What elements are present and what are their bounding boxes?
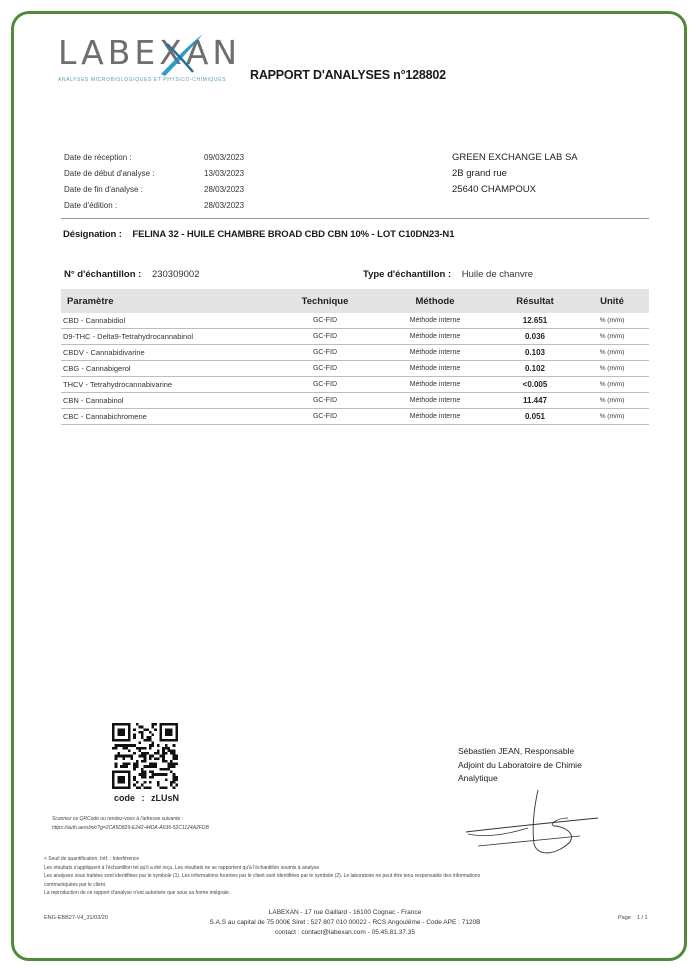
footer-contact: contact : contact@labexan.com - 05.45.81… bbox=[160, 928, 530, 938]
cell-technique: GC-FID bbox=[275, 409, 375, 425]
signatory: Sébastien JEAN, Responsable Adjoint du L… bbox=[458, 745, 582, 786]
header-method: Méthode bbox=[375, 289, 495, 313]
header-technique: Technique bbox=[275, 289, 375, 313]
designation-value: FELINA 32 - HUILE CHAMBRE BROAD CBD CBN … bbox=[132, 229, 454, 240]
designation-label: Désignation : bbox=[63, 229, 122, 240]
date-value: 28/03/2023 bbox=[204, 198, 284, 214]
sample-type-label: Type d'échantillon : bbox=[363, 269, 451, 280]
qr-code-prefix: code : bbox=[114, 793, 145, 803]
signatory-line: Analytique bbox=[458, 772, 582, 786]
qr-note: Scannez ce QRCode ou rendez-vous à l'adr… bbox=[52, 815, 209, 833]
date-start-row: Date de début d'analyse : 13/03/2023 bbox=[64, 166, 284, 182]
logo-swoosh-icon bbox=[157, 30, 207, 80]
sample-type: Type d'échantillon : Huile de chanvre bbox=[363, 269, 533, 280]
cell-unit: % (m/m) bbox=[575, 361, 649, 377]
sample-number-value: 230309002 bbox=[152, 269, 200, 280]
date-end-row: Date de fin d'analyse : 28/03/2023 bbox=[64, 182, 284, 198]
date-edition-row: Date d'édition : 28/03/2023 bbox=[64, 198, 284, 214]
cell-method: Méthode interne bbox=[375, 409, 495, 425]
cell-result: 0.051 bbox=[495, 409, 575, 425]
legal-notes: < Seuil de quantification, Intf. : Inter… bbox=[44, 855, 480, 898]
logo-wordmark: LABEXAN bbox=[58, 36, 241, 69]
qr-code-icon bbox=[112, 723, 178, 789]
sample-type-value: Huile de chanvre bbox=[462, 269, 533, 280]
cell-result: 0.102 bbox=[495, 361, 575, 377]
table-row: D9-THC - Delta9-TetrahydrocannabinolGC-F… bbox=[61, 329, 649, 345]
cell-method: Méthode interne bbox=[375, 361, 495, 377]
date-label: Date d'édition : bbox=[64, 198, 204, 214]
legal-line: Les analyses sous traitées sont identifi… bbox=[44, 872, 480, 881]
date-value: 28/03/2023 bbox=[204, 182, 284, 198]
footer-address: LABEXAN - 17 rue Gaillard - 16100 Cognac… bbox=[160, 908, 530, 918]
table-header-row: Paramètre Technique Méthode Résultat Uni… bbox=[61, 289, 649, 313]
table-row: THCV - TetrahydrocannabivarineGC-FIDMéth… bbox=[61, 377, 649, 393]
cell-technique: GC-FID bbox=[275, 313, 375, 329]
sample-number-label: N° d'échantillon : bbox=[64, 269, 141, 280]
date-label: Date de réception : bbox=[64, 150, 204, 166]
client-street: 2B grand rue bbox=[452, 166, 578, 182]
footer-legal: S.A.S au capital de 75 000€ Siret : 527 … bbox=[160, 918, 530, 928]
qr-code-label: code : zLUsN bbox=[114, 793, 179, 803]
cell-technique: GC-FID bbox=[275, 361, 375, 377]
qr-code-value: zLUsN bbox=[151, 793, 179, 803]
page-label: Page bbox=[618, 915, 631, 921]
date-label: Date de fin d'analyse : bbox=[64, 182, 204, 198]
client-name: GREEN EXCHANGE LAB SA bbox=[452, 150, 578, 166]
cell-result: <0.005 bbox=[495, 377, 575, 393]
divider bbox=[61, 218, 649, 219]
date-value: 13/03/2023 bbox=[204, 166, 284, 182]
cell-method: Méthode interne bbox=[375, 345, 495, 361]
table-row: CBDV - CannabidivarineGC-FIDMéthode inte… bbox=[61, 345, 649, 361]
cell-unit: % (m/m) bbox=[575, 377, 649, 393]
table-row: CBD - CannabidiolGC-FIDMéthode interne12… bbox=[61, 313, 649, 329]
legal-line: La reproduction de ce rapport d'analyse … bbox=[44, 889, 480, 898]
qr-note-link[interactable]: https://auth.aero/ink/?g=2CA5D829-E242-4… bbox=[52, 824, 209, 833]
sample-number: N° d'échantillon : 230309002 bbox=[64, 269, 200, 280]
cell-unit: % (m/m) bbox=[575, 329, 649, 345]
cell-param: CBDV - Cannabidivarine bbox=[61, 345, 275, 361]
cell-result: 0.103 bbox=[495, 345, 575, 361]
cell-param: CBD - Cannabidiol bbox=[61, 313, 275, 329]
cell-param: CBC - Cannabichromene bbox=[61, 409, 275, 425]
cell-technique: GC-FID bbox=[275, 393, 375, 409]
header-unit: Unité bbox=[575, 289, 649, 313]
date-value: 09/03/2023 bbox=[204, 150, 284, 166]
cell-method: Méthode interne bbox=[375, 313, 495, 329]
signatory-line: Sébastien JEAN, Responsable bbox=[458, 745, 582, 759]
table-row: CBC - CannabichromeneGC-FIDMéthode inter… bbox=[61, 409, 649, 425]
cell-method: Méthode interne bbox=[375, 393, 495, 409]
cell-unit: % (m/m) bbox=[575, 345, 649, 361]
dates-block: Date de réception : 09/03/2023 Date de d… bbox=[64, 150, 284, 214]
client-city: 25640 CHAMPOUX bbox=[452, 182, 578, 198]
cell-method: Méthode interne bbox=[375, 329, 495, 345]
legal-line: communiquées par le client. bbox=[44, 881, 480, 890]
report-title: RAPPORT D'ANALYSES n°128802 bbox=[250, 68, 446, 82]
company-footer: LABEXAN - 17 rue Gaillard - 16100 Cognac… bbox=[160, 908, 530, 938]
date-label: Date de début d'analyse : bbox=[64, 166, 204, 182]
qr-note-line: Scannez ce QRCode ou rendez-vous à l'adr… bbox=[52, 815, 209, 824]
document-reference: ENG-EBB27-V4_31/03/20 bbox=[44, 915, 108, 921]
signatory-line: Adjoint du Laboratoire de Chimie bbox=[458, 759, 582, 773]
page-value: 1 / 1 bbox=[637, 915, 648, 921]
cell-param: CBN - Cannabinol bbox=[61, 393, 275, 409]
cell-technique: GC-FID bbox=[275, 329, 375, 345]
table-row: CBG - CannabigerolGC-FIDMéthode interne0… bbox=[61, 361, 649, 377]
logo-subtitle: Analyses microbiologiques et physico-chi… bbox=[58, 77, 241, 83]
legal-line: Les résultats s'appliquent à l'échantill… bbox=[44, 864, 480, 873]
cell-result: 0.036 bbox=[495, 329, 575, 345]
header-result: Résultat bbox=[495, 289, 575, 313]
designation: Désignation : FELINA 32 - HUILE CHAMBRE … bbox=[63, 229, 454, 240]
legal-line: < Seuil de quantification, Intf. : Inter… bbox=[44, 855, 480, 864]
cell-param: D9-THC - Delta9-Tetrahydrocannabinol bbox=[61, 329, 275, 345]
cell-technique: GC-FID bbox=[275, 345, 375, 361]
date-reception-row: Date de réception : 09/03/2023 bbox=[64, 150, 284, 166]
cell-technique: GC-FID bbox=[275, 377, 375, 393]
cell-unit: % (m/m) bbox=[575, 393, 649, 409]
cell-result: 12.651 bbox=[495, 313, 575, 329]
results-table: Paramètre Technique Méthode Résultat Uni… bbox=[61, 289, 649, 425]
cell-param: CBG - Cannabigerol bbox=[61, 361, 275, 377]
signature-icon bbox=[458, 788, 608, 860]
table-row: CBN - CannabinolGC-FIDMéthode interne11.… bbox=[61, 393, 649, 409]
cell-method: Méthode interne bbox=[375, 377, 495, 393]
client-address: GREEN EXCHANGE LAB SA 2B grand rue 25640… bbox=[452, 150, 578, 198]
header-param: Paramètre bbox=[61, 289, 275, 313]
cell-param: THCV - Tetrahydrocannabivarine bbox=[61, 377, 275, 393]
cell-result: 11.447 bbox=[495, 393, 575, 409]
cell-unit: % (m/m) bbox=[575, 409, 649, 425]
labexan-logo: LABEXAN Analyses microbiologiques et phy… bbox=[58, 36, 241, 83]
cell-unit: % (m/m) bbox=[575, 313, 649, 329]
page-number: Page1 / 1 bbox=[618, 915, 648, 921]
